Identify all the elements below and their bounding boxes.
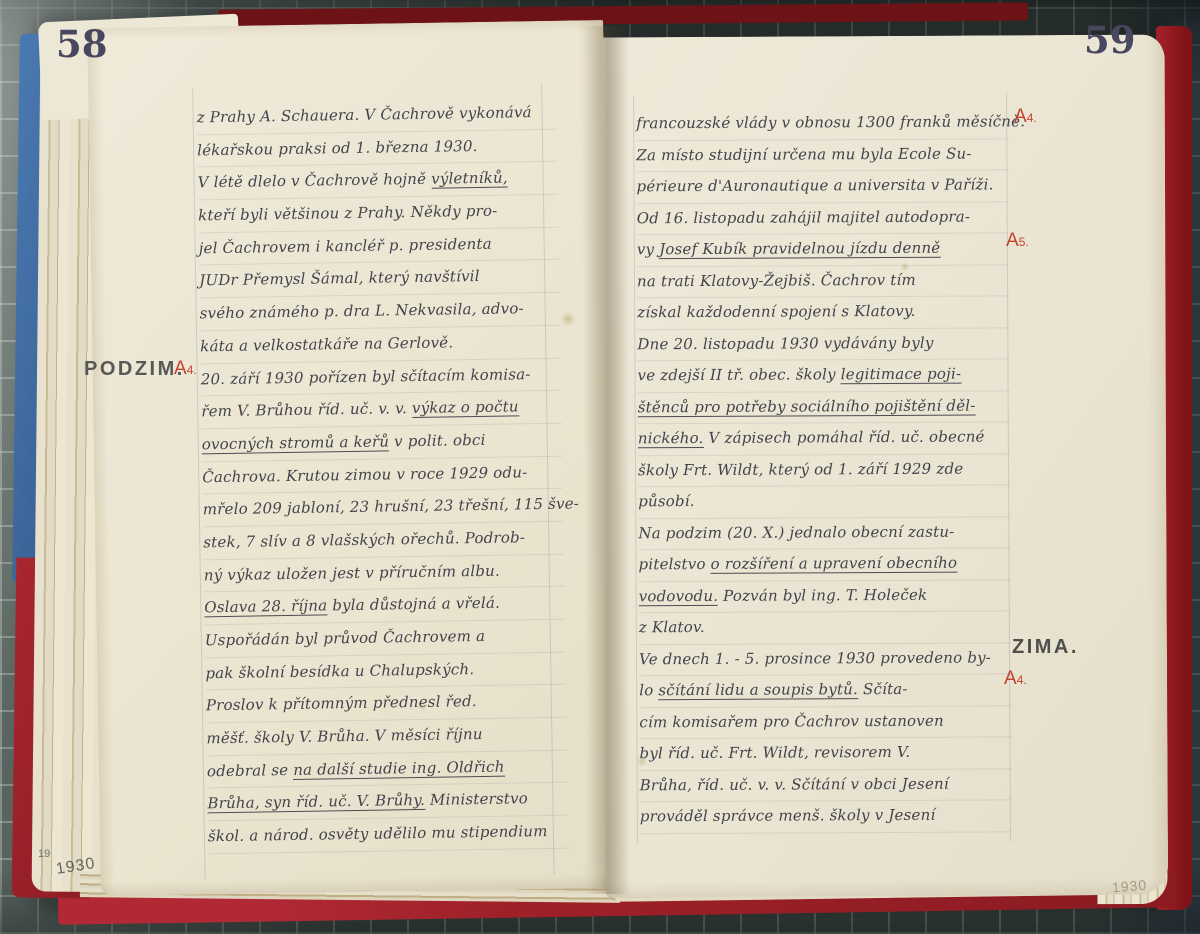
underlined-text: štěnců pro potřeby sociálního pojištění … [638,396,976,417]
underlined-text: ovocných stromů a keřů [202,432,390,454]
handwritten-line: školy Frt. Wildt, který od 1. září 1929 … [638,454,1010,487]
handwritten-line: štěnců pro potřeby sociálního pojištění … [638,391,1010,424]
archive-annotation-a4-bottom-right: A4. [1004,668,1027,690]
archive-annotation-a5-right: A5. [1006,230,1029,252]
handwriting-block-left: z Prahy A. Schauera. V Čachrově vykonává… [196,97,568,854]
season-note-zima: ZIMA. [1012,636,1079,659]
age-spot [418,702,427,711]
underlined-text: vodovodu. [639,586,719,605]
handwritten-line: Dne 20. listopadu 1930 vydávány byly [637,328,1009,361]
handwritten-line: získal každodenní spojení s Klatovy. [637,296,1009,329]
age-spot [900,262,910,271]
handwritten-line: vy Josef Kubík pravidelnou jízdu denně [637,233,1009,266]
handwritten-line: z Klatov. [639,611,1011,644]
handwritten-line: cím komisařem pro Čachrov ustanoven [639,706,1011,739]
open-chronicle-book: z Prahy A. Schauera. V Čachrově vykonává… [0,0,1200,934]
underlined-text: výletníků, [431,169,508,189]
handwritten-line: vodovodu. Pozván byl ing. T. Holeček [639,580,1011,613]
handwritten-line: Brůha, říd. uč. v. v. Sčítání v obci Jes… [640,769,1012,802]
underlined-text: Oslava 28. října [204,597,327,618]
handwriting-block-right: francouzské vlády v obnosu 1300 franků m… [636,107,1012,833]
handwritten-line: périeure d'Auronautique a universita v P… [636,170,1008,203]
handwritten-line: Ve dnech 1. - 5. prosince 1930 provedeno… [639,643,1011,676]
handwritten-line: Na podzim (20. X.) jednalo obecní zastu- [638,517,1010,550]
archive-annotation-a4-top-right: A4. [1014,106,1037,128]
book-gutter-shadow [584,26,630,894]
handwritten-line: byl říd. uč. Frt. Wildt, revisorem V. [639,737,1011,770]
handwritten-line: lo sčítání lidu a soupis bytů. Sčíta- [639,674,1011,707]
handwritten-line: působí. [638,485,1010,518]
sheet-edge-mark: 19 [38,848,50,860]
handwritten-line: prováděl správce menš. školy v Jesení [640,800,1012,833]
underlined-text: sčítání lidu a soupis bytů. [658,680,858,700]
page-58: z Prahy A. Schauera. V Čachrově vykonává… [87,20,617,896]
handwritten-line: škol. a národ. osvěty udělilo mu stipend… [208,816,568,854]
archive-annotation-a4-left: A4. [174,358,197,380]
underlined-text: nického. [638,429,704,448]
page-59: francouzské vlády v obnosu 1300 franků m… [602,35,1168,898]
underlined-text: legitimace poji- [841,365,962,385]
handwritten-line: na trati Klatovy-Žejbiš. Čachrov tím [637,265,1009,298]
handwritten-line: nického. V zápisech pomáhal říd. uč. obe… [638,422,1010,455]
year-stamp-right: 1930 [1111,876,1147,895]
page-number-58: 58 [56,22,108,66]
underlined-text: výkaz o počtu [412,398,519,419]
season-note-podzim: PODZIM. [84,358,185,381]
underlined-text: o rozšíření a upravení obecního [711,554,958,574]
handwritten-line: ve zdejší II tř. obec. školy legitimace … [637,359,1009,392]
age-spot [636,756,648,767]
handwritten-line: Za místo studijní určena mu byla Ecole S… [636,139,1008,172]
page-number-59: 59 [1084,18,1136,62]
underlined-text: na další studie ing. Oldřich [293,757,505,779]
handwritten-line: Od 16. listopadu zahájil majitel autodop… [637,202,1009,235]
underlined-text: Josef Kubík pravidelnou jízdu denně [659,239,940,259]
age-spot [560,312,576,326]
handwritten-line: pitelstvo o rozšíření a upravení obecníh… [638,548,1010,581]
underlined-text: Brůha, syn říd. uč. V. Brůhy. [207,791,425,813]
handwritten-line: francouzské vlády v obnosu 1300 franků m… [636,107,1008,140]
